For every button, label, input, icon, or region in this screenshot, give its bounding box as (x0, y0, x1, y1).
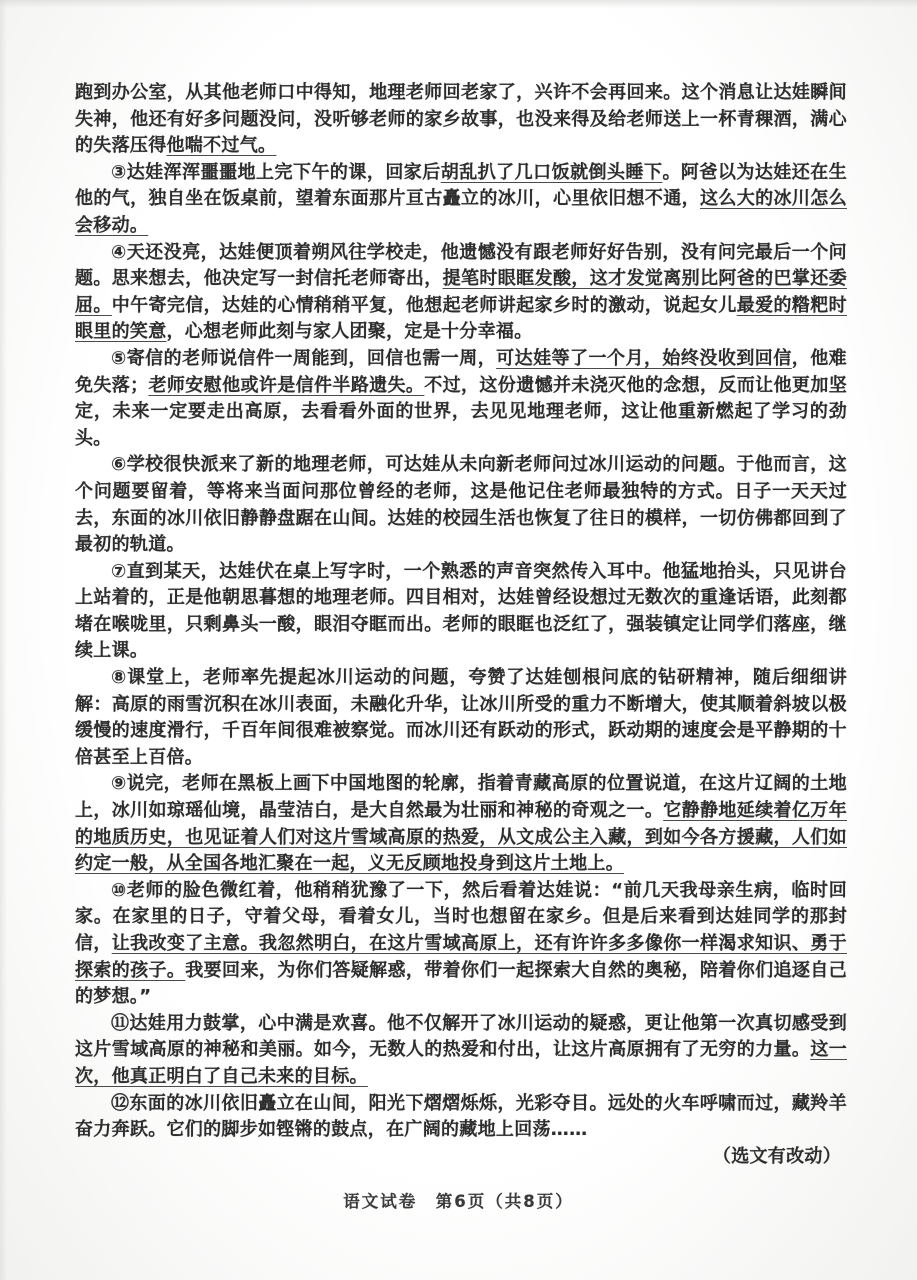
paragraph: ⑧课堂上，老师率先提起冰川运动的问题，夸赞了达娃刨根问底的钻研精神，随后细细讲解… (75, 665, 847, 771)
text-segment: ③达娃浑浑噩噩地上完下午的课，回家后 (111, 162, 441, 183)
paragraph: ⑤寄信的老师说信件一周能到，回信也需一周，可达娃等了一个月，始终没收到回信，他难… (75, 346, 847, 452)
underlined-sentence: 他喘不过气。 (167, 135, 277, 156)
underlined-sentence: 可达娃等了一个月，始终没收到回信 (496, 348, 792, 369)
underlined-sentence: 胡乱扒了几口饭就倒头睡下 (441, 162, 663, 183)
paragraph: ④天还没亮，达娃便顶着朔风往学校走，他遗憾没有跟老师好好告别，没有问完最后一个问… (75, 240, 847, 346)
underlined-sentence: 老师安慰他或许是信件半路遗失。 (148, 375, 424, 396)
text-segment: ⑧课堂上，老师率先提起冰川运动的问题，夸赞了达娃刨根问底的钻研精神，随后细细讲解… (75, 667, 847, 768)
text-segment: 中午寄完信，达娃的心情稍稍平复，他想起老师讲起家乡时的激动，说起女儿 (112, 295, 737, 316)
paragraph: ⑥学校很快派来了新的地理老师，可达娃从未向新老师问过冰川运动的问题。于他而言，这… (75, 452, 847, 558)
paragraph: ⑩老师的脸色微红着，他稍稍犹豫了一下，然后看着达娃说：“前几天我母亲生病，临时回… (75, 878, 847, 1011)
scanned-exam-page: 跑到办公室，从其他老师口中得知，地理老师回老家了，兴许不会再回来。这个消息让达娃… (0, 0, 917, 1280)
text-segment: ⑤寄信的老师说信件一周能到，回信也需一周， (111, 348, 496, 369)
page-footer: 语文试卷 第6页（共8页） (0, 1188, 917, 1212)
text-segment: 我要回来，为你们答疑解惑，带着你们一起探索大自然的奥秘，陪着你们追逐自己的梦想。… (75, 960, 847, 1008)
attribution-note: （选文有改动） (75, 1144, 847, 1171)
text-segment: ⑦直到某天，达娃伏在桌上写字时，一个熟悉的声音突然传入耳中。他猛地抬头，只见讲台… (75, 561, 847, 662)
paragraph: ③达娃浑浑噩噩地上完下午的课，回家后胡乱扒了几口饭就倒头睡下。阿爸以为达娃还在生… (75, 160, 847, 240)
text-segment: ⑪达娃用力鼓掌，心中满是欢喜。他不仅解开了冰川运动的疑惑，更让他第一次真切感受到… (75, 1013, 847, 1061)
paragraph: ⑨说完，老师在黑板上画下中国地图的轮廓，指着青藏高原的位置说道，在这片辽阔的土地… (75, 771, 847, 877)
text-segment: ，心想老师此刻与家人团聚，定是十分幸福。 (167, 321, 533, 342)
paragraph: 跑到办公室，从其他老师口中得知，地理老师回老家了，兴许不会再回来。这个消息让达娃… (75, 80, 847, 160)
paragraph: ⑫东面的冰川依旧矗立在山间，阳光下熠熠烁烁，光彩夺目。远处的火车呼啸而过，藏羚羊… (75, 1091, 847, 1144)
scan-shadow-left (0, 0, 7, 1280)
paragraph: ⑪达娃用力鼓掌，心中满是欢喜。他不仅解开了冰川运动的疑惑，更让他第一次真切感受到… (75, 1011, 847, 1091)
article-body: 跑到办公室，从其他老师口中得知，地理老师回老家了，兴许不会再回来。这个消息让达娃… (75, 80, 847, 1170)
scan-shadow-top (0, 0, 917, 8)
paragraph: ⑦直到某天，达娃伏在桌上写字时，一个熟悉的声音突然传入耳中。他猛地抬头，只见讲台… (75, 559, 847, 665)
text-segment: ⑥学校很快派来了新的地理老师，可达娃从未向新老师问过冰川运动的问题。于他而言，这… (75, 454, 847, 555)
text-segment: ⑫东面的冰川依旧矗立在山间，阳光下熠熠烁烁，光彩夺目。远处的火车呼啸而过，藏羚羊… (75, 1093, 847, 1141)
